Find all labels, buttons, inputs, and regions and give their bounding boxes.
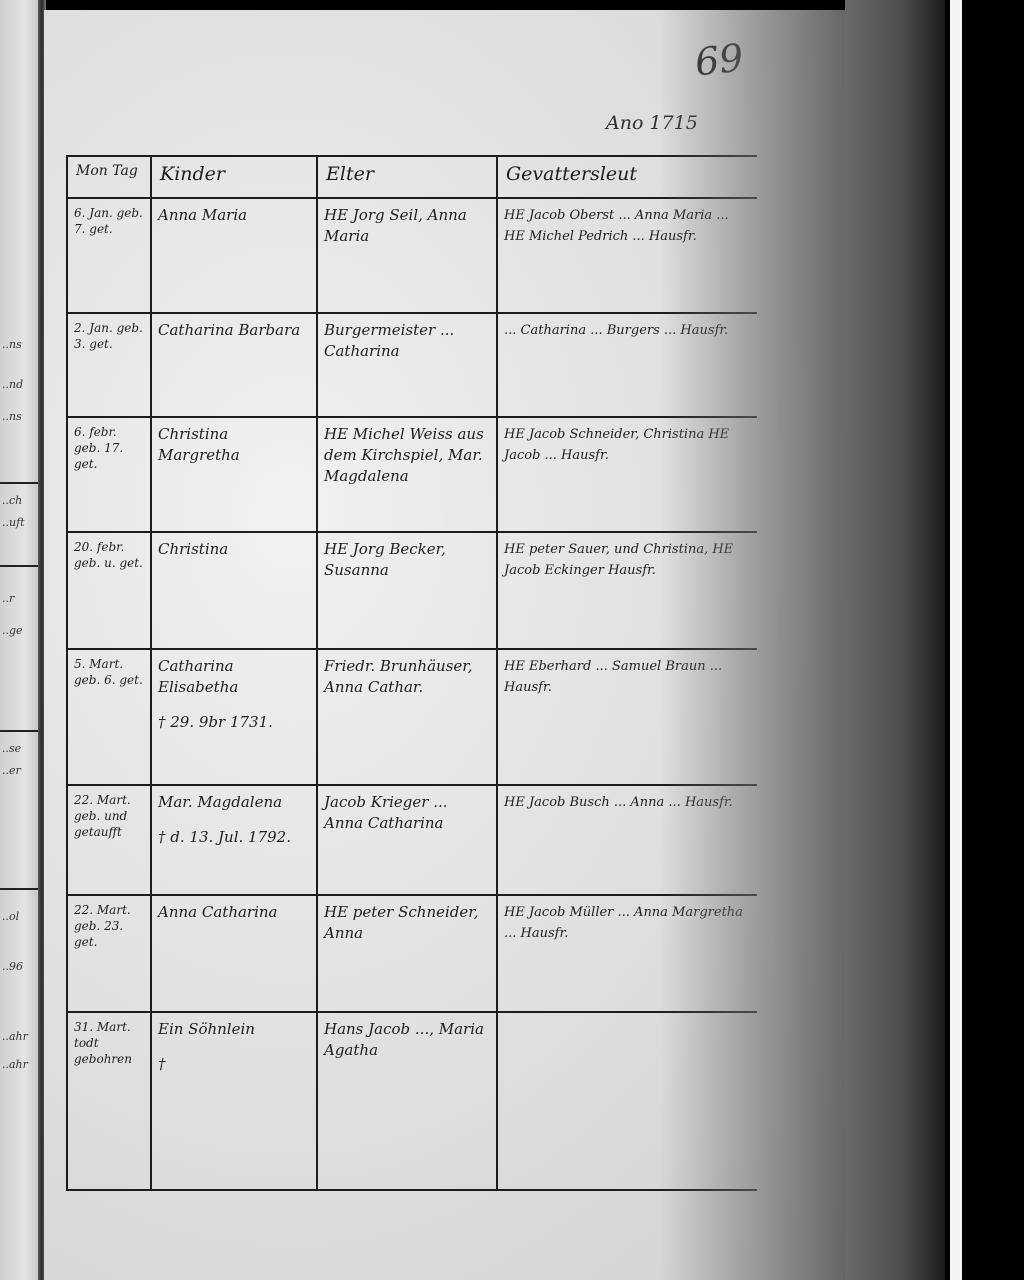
margin-fragment: ..ol	[2, 910, 19, 923]
child-name: Christina Margretha	[158, 425, 240, 464]
child-name: Catharina Barbara	[158, 321, 300, 339]
entry-parents: HE Jorg Becker, Susanna	[317, 532, 497, 649]
table-row: 22. Mart. geb. und getaufft Mar. Magdale…	[67, 785, 757, 895]
entry-godparents: HE Jacob Busch ... Anna ... Hausfr.	[497, 785, 757, 895]
margin-fragment: ..ns	[2, 410, 22, 423]
margin-fragment: ..ns	[2, 338, 22, 351]
entry-child: Catharina Barbara	[151, 313, 317, 417]
child-name: Catharina Elisabetha	[158, 657, 238, 696]
entry-godparents: HE Jacob Oberst ... Anna Maria ... HE Mi…	[497, 198, 757, 313]
margin-rule	[0, 730, 40, 732]
child-name: Christina	[158, 540, 228, 558]
entry-child: Catharina Elisabetha† 29. 9br 1731.	[151, 649, 317, 785]
scan-border	[950, 0, 962, 1280]
margin-rule	[0, 482, 40, 484]
column-header-date: Mon Tag	[67, 156, 151, 198]
table-row: 20. febr. geb. u. get. Christina HE Jorg…	[67, 532, 757, 649]
child-death-note: † 29. 9br 1731.	[158, 712, 310, 733]
entry-date: 2. Jan. geb. 3. get.	[67, 313, 151, 417]
entry-parents: Burgermeister ... Catharina	[317, 313, 497, 417]
column-header-godparents: Gevattersleut	[497, 156, 757, 198]
child-name: Anna Maria	[158, 206, 247, 224]
entry-date: 22. Mart. geb. 23. get.	[67, 895, 151, 1012]
margin-fragment: ..se	[2, 742, 21, 755]
entry-godparents: HE Jacob Schneider, Christina HE Jacob .…	[497, 417, 757, 532]
entry-child: Mar. Magdalena† d. 13. Jul. 1792.	[151, 785, 317, 895]
margin-fragment: ..er	[2, 764, 21, 777]
margin-fragment: ..ahr	[2, 1030, 28, 1043]
entry-date: 5. Mart. geb. 6. get.	[67, 649, 151, 785]
table-row: 5. Mart. geb. 6. get. Catharina Elisabet…	[67, 649, 757, 785]
entry-date: 22. Mart. geb. und getaufft	[67, 785, 151, 895]
column-header-children: Kinder	[151, 156, 317, 198]
entry-godparents: HE peter Sauer, und Christina, HE Jacob …	[497, 532, 757, 649]
entry-godparents: HE Eberhard ... Samuel Braun ... Hausfr.	[497, 649, 757, 785]
margin-fragment: ..96	[2, 960, 23, 973]
entry-parents: Hans Jacob ..., Maria Agatha	[317, 1012, 497, 1190]
child-name: Mar. Magdalena	[158, 793, 282, 811]
margin-rule	[0, 565, 40, 567]
entry-date: 6. febr. geb. 17. get.	[67, 417, 151, 532]
entry-child: Anna Maria	[151, 198, 317, 313]
margin-fragment: ..ch	[2, 494, 22, 507]
year-heading: Ano 1715	[606, 112, 698, 134]
entry-date: 20. febr. geb. u. get.	[67, 532, 151, 649]
column-header-parents: Elter	[317, 156, 497, 198]
entry-parents: HE Jorg Seil, Anna Maria	[317, 198, 497, 313]
entry-godparents: HE Jacob Müller ... Anna Margretha ... H…	[497, 895, 757, 1012]
entry-date: 31. Mart. todt gebohren	[67, 1012, 151, 1190]
entry-godparents: ... Catharina ... Burgers ... Hausfr.	[497, 313, 757, 417]
child-name: Ein Söhnlein	[158, 1020, 255, 1038]
margin-rule	[0, 888, 40, 890]
table-row: 6. Jan. geb. 7. get. Anna Maria HE Jorg …	[67, 198, 757, 313]
margin-fragment: ..ahr	[2, 1058, 28, 1071]
entry-child: Christina	[151, 532, 317, 649]
entry-parents: HE peter Schneider, Anna	[317, 895, 497, 1012]
entry-godparents	[497, 1012, 757, 1190]
entry-parents: HE Michel Weiss aus dem Kirchspiel, Mar.…	[317, 417, 497, 532]
child-death-note: † d. 13. Jul. 1792.	[158, 827, 310, 848]
table-header-row: Mon Tag Kinder Elter Gevattersleut	[67, 156, 757, 198]
margin-fragment: ..ge	[2, 624, 23, 637]
page-edge	[845, 0, 945, 1280]
entry-child: Christina Margretha	[151, 417, 317, 532]
entry-child: Ein Söhnlein†	[151, 1012, 317, 1190]
page-number: 69	[693, 36, 746, 85]
entry-child: Anna Catharina	[151, 895, 317, 1012]
child-name: Anna Catharina	[158, 903, 278, 921]
margin-fragment: ..uft	[2, 516, 25, 529]
entry-date: 6. Jan. geb. 7. get.	[67, 198, 151, 313]
baptism-register-table: Mon Tag Kinder Elter Gevattersleut 6. Ja…	[66, 155, 757, 1191]
scan-background	[962, 0, 1024, 1280]
table-row: 2. Jan. geb. 3. get. Catharina Barbara B…	[67, 313, 757, 417]
adjacent-left-page: ..ns ..nd ..ns ..ch ..uft ..r ..ge ..se …	[0, 0, 42, 1280]
entry-parents: Jacob Krieger ... Anna Catharina	[317, 785, 497, 895]
entry-parents: Friedr. Brunhäuser, Anna Cathar.	[317, 649, 497, 785]
margin-fragment: ..r	[2, 592, 14, 605]
table-row: 22. Mart. geb. 23. get. Anna Catharina H…	[67, 895, 757, 1012]
child-death-note: †	[158, 1054, 310, 1075]
margin-fragment: ..nd	[2, 378, 23, 391]
table-row: 31. Mart. todt gebohren Ein Söhnlein† Ha…	[67, 1012, 757, 1190]
table-row: 6. febr. geb. 17. get. Christina Margret…	[67, 417, 757, 532]
